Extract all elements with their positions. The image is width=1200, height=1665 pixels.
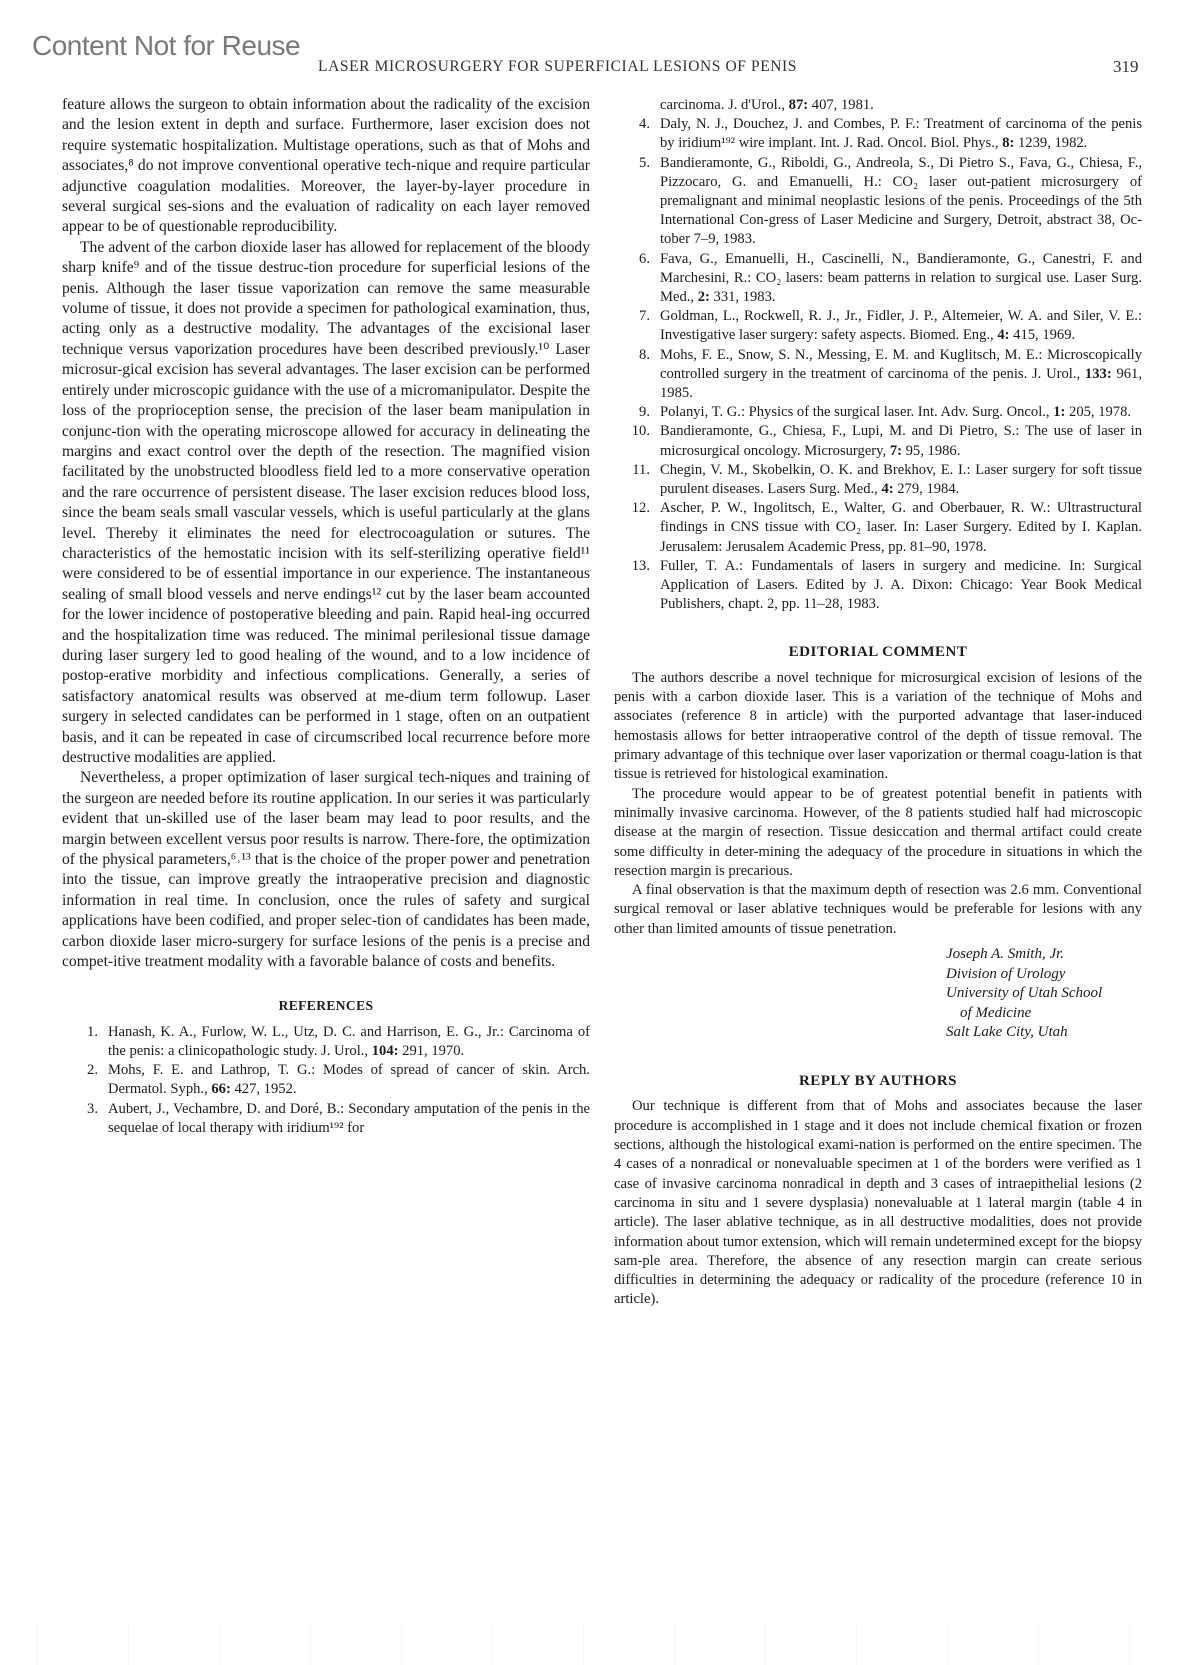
signature-name: Joseph A. Smith, Jr. <box>946 945 1142 965</box>
editorial-paragraph: The procedure would appear to be of grea… <box>614 785 1142 881</box>
reference-item: 6.Fava, G., Emanuelli, H., Cascinelli, N… <box>614 250 1142 308</box>
reference-item: 5.Bandieramonte, G., Riboldi, G., Andreo… <box>614 154 1142 250</box>
watermark: Content Not for Reuse <box>32 30 300 62</box>
reply-paragraph: Our technique is different from that of … <box>614 1097 1142 1309</box>
reference-item: 7.Goldman, L., Rockwell, R. J., Jr., Fid… <box>614 307 1142 345</box>
reference-item: 3.Aubert, J., Vechambre, D. and Doré, B.… <box>62 1100 590 1138</box>
scan-artifact <box>0 1625 1200 1665</box>
editorial-paragraph: A final observation is that the maximum … <box>614 881 1142 939</box>
editorial-comment-heading: EDITORIAL COMMENT <box>614 642 1142 662</box>
signature-institution: University of Utah School <box>946 984 1142 1004</box>
reference-list: 1.Hanash, K. A., Furlow, W. L., Utz, D. … <box>62 1023 590 1138</box>
reference-item: 12.Ascher, P. W., Ingolitsch, E., Walter… <box>614 499 1142 557</box>
reply-heading: REPLY BY AUTHORS <box>614 1071 1142 1091</box>
body-paragraph: The advent of the carbon dioxide laser h… <box>62 238 590 769</box>
signature-location: Salt Lake City, Utah <box>946 1023 1142 1043</box>
reference-list-continued: carcinoma. J. d'Urol., 87: 407, 1981. 4.… <box>614 96 1142 614</box>
editorial-signature: Joseph A. Smith, Jr. Division of Urology… <box>946 945 1142 1043</box>
left-column: feature allows the surgeon to obtain inf… <box>62 95 590 1138</box>
running-title: LASER MICROSURGERY FOR SUPERFICIAL LESIO… <box>318 58 797 76</box>
reference-item-continuation: carcinoma. J. d'Urol., 87: 407, 1981. <box>614 96 1142 115</box>
reference-item: 4.Daly, N. J., Douchez, J. and Combes, P… <box>614 115 1142 153</box>
signature-division: Division of Urology <box>946 965 1142 985</box>
reference-item: 10.Bandieramonte, G., Chiesa, F., Lupi, … <box>614 422 1142 460</box>
reference-item: 11.Chegin, V. M., Skobelkin, O. K. and B… <box>614 461 1142 499</box>
reference-item: 8.Mohs, F. E., Snow, S. N., Messing, E. … <box>614 346 1142 404</box>
page-number: 319 <box>1113 57 1139 77</box>
reference-item: 1.Hanash, K. A., Furlow, W. L., Utz, D. … <box>62 1023 590 1061</box>
editorial-paragraph: The authors describe a novel technique f… <box>614 669 1142 785</box>
references-heading: REFERENCES <box>62 996 590 1016</box>
reference-item: 13.Fuller, T. A.: Fundamentals of lasers… <box>614 557 1142 615</box>
signature-institution-cont: of Medicine <box>946 1004 1142 1024</box>
right-column: carcinoma. J. d'Urol., 87: 407, 1981. 4.… <box>614 96 1142 1310</box>
reference-item: 9.Polanyi, T. G.: Physics of the surgica… <box>614 403 1142 422</box>
reference-item: 2.Mohs, F. E. and Lathrop, T. G.: Modes … <box>62 1061 590 1099</box>
body-paragraph: Nevertheless, a proper optimization of l… <box>62 768 590 972</box>
body-paragraph: feature allows the surgeon to obtain inf… <box>62 95 590 238</box>
